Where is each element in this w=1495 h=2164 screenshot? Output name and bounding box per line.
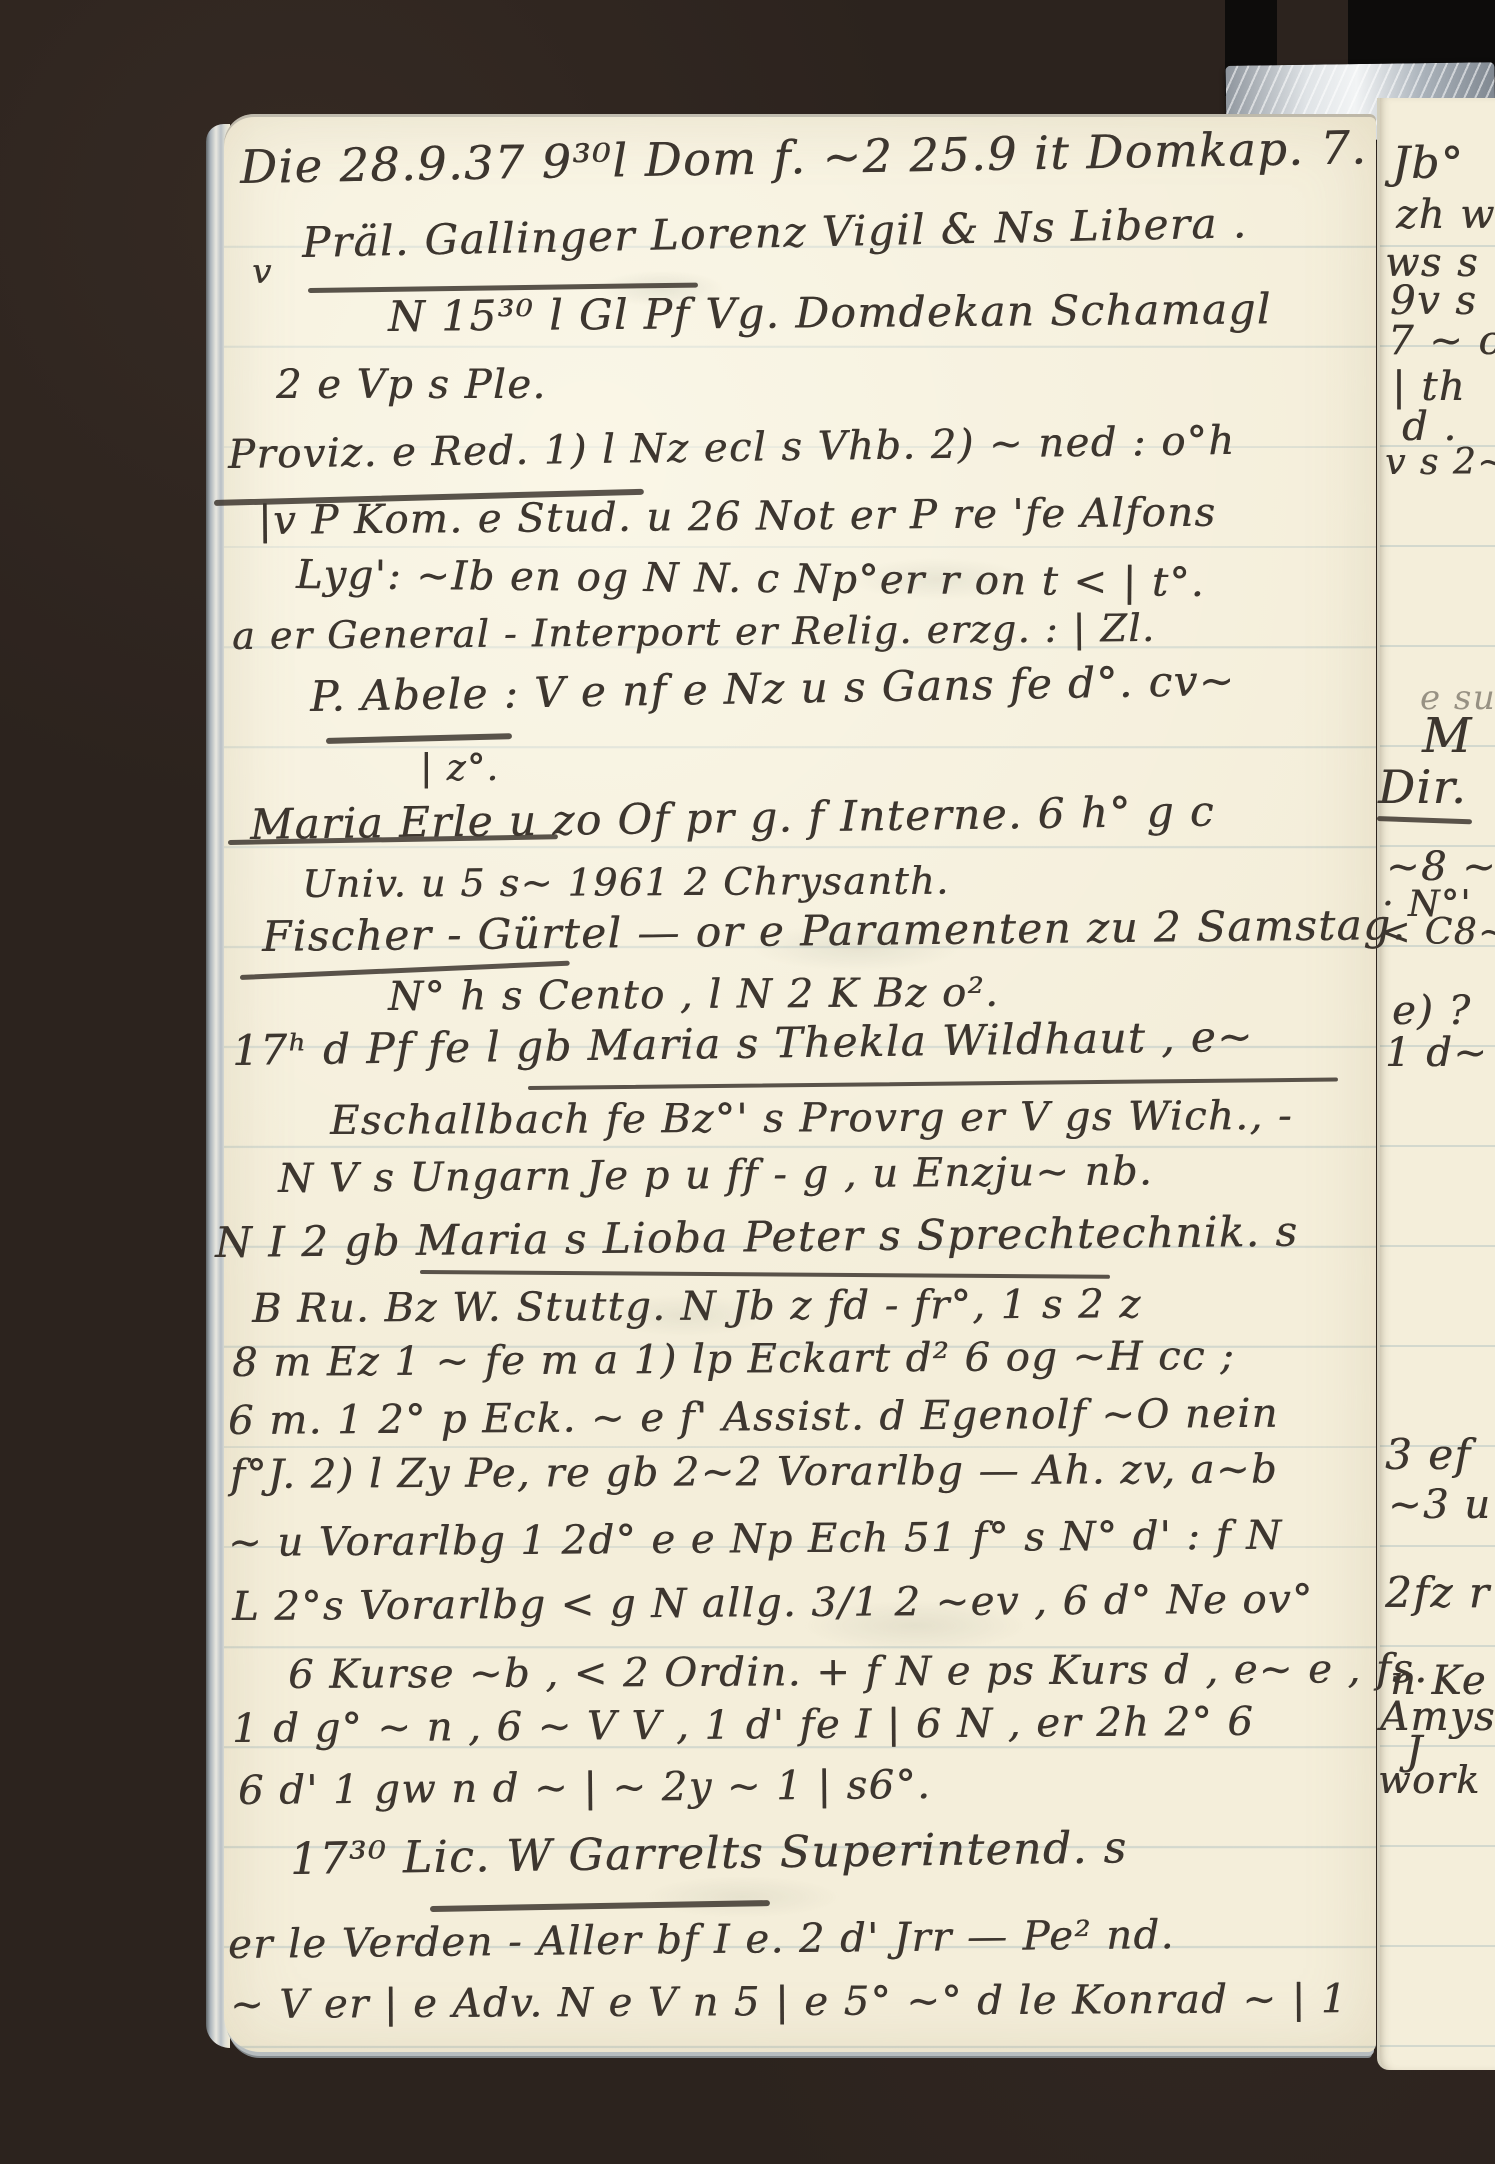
photographed-notebook-scene: Die 28.9.37 9³⁰l Dom f. ~2 25.9 it Domka… xyxy=(0,0,1495,2164)
handwriting-fragment: Dir. xyxy=(1378,760,1467,814)
handwriting-line: N V s Ungarn Je p u ff - g , u Enzju~ nb… xyxy=(278,1148,1153,1202)
handwriting-line: 8 m Ez 1 ~ fe m a 1) lp Eckart d² 6 og ~… xyxy=(232,1333,1235,1386)
handwriting-line: Eschallbach fe Bz°' s Provrg er V gs Wic… xyxy=(330,1093,1293,1144)
handwriting-fragment: zh w xyxy=(1396,192,1495,238)
handwriting-line: ~ V er | e Adv. N e V n 5 | e 5° ~° d le… xyxy=(230,1976,1348,2028)
handwriting-line: v xyxy=(252,252,273,292)
handwriting-line: B Ru. Bz W. Stuttg. N Jb z fd - fr°, 1 s… xyxy=(252,1281,1142,1332)
handwriting-line: f°J. 2) l Zy Pe, re gb 2~2 Vorarlbg — Ah… xyxy=(230,1447,1278,1498)
handwriting-line: 1 d g° ~ n , 6 ~ V V , 1 d' fe I | 6 N ,… xyxy=(232,1699,1254,1752)
handwriting-line: a er General - Interport er Relig. erzg.… xyxy=(232,606,1156,658)
handwriting-line: ~ u Vorarlbg 1 2d° e e Np Ech 51 f° s N°… xyxy=(228,1513,1283,1566)
handwriting-fragment: 3 ef xyxy=(1385,1430,1471,1479)
handwriting-fragment: Amys xyxy=(1380,1694,1495,1740)
handwriting-line: 6 Kurse ~b , < 2 Ordin. + f N e ps Kurs … xyxy=(288,1646,1429,1698)
handwriting-fragment: ~3 u xyxy=(1388,1482,1491,1528)
handwriting-line: 2 e Vp s Ple. xyxy=(276,362,547,408)
handwriting-line: L 2°s Vorarlbg < g N allg. 3/1 2 ~ev , 6… xyxy=(232,1576,1314,1630)
handwriting-fragment: v s 2~ xyxy=(1385,442,1495,483)
handwriting-fragment: Jb° xyxy=(1392,138,1464,189)
handwriting-fragment: 7 ~ c xyxy=(1388,318,1495,364)
handwriting-fragment: M xyxy=(1422,708,1473,764)
handwriting-fragment: e) ? xyxy=(1392,988,1471,1034)
handwriting-fragment: 1 d~ xyxy=(1385,1030,1488,1076)
handwriting-fragment: 2fz r xyxy=(1385,1568,1490,1617)
handwriting-line: | z°. xyxy=(420,748,499,789)
handwriting-line: 6 d' 1 gw n d ~ | ~ 2y ~ 1 | s6°. xyxy=(238,1762,932,1814)
handwriting-line: Lyg': ~Ib en og N N. c Np°er r on t < | … xyxy=(296,552,1206,606)
handwriting-line: N 15³⁰ l Gl Pf Vg. Domdekan Schamagl xyxy=(388,284,1272,341)
handwriting-fragment: < C8~ xyxy=(1380,912,1495,953)
handwriting-line: Univ. u 5 s~ 1961 2 Chrysanth. xyxy=(302,859,950,906)
handwriting-line: 6 m. 1 2° p Eck. ~ e f' Assist. d Egenol… xyxy=(228,1391,1279,1444)
handwriting-fragment: work xyxy=(1378,1758,1481,1802)
handwriting-line: N° h s Cento , l N 2 K Bz o². xyxy=(388,970,1000,1020)
